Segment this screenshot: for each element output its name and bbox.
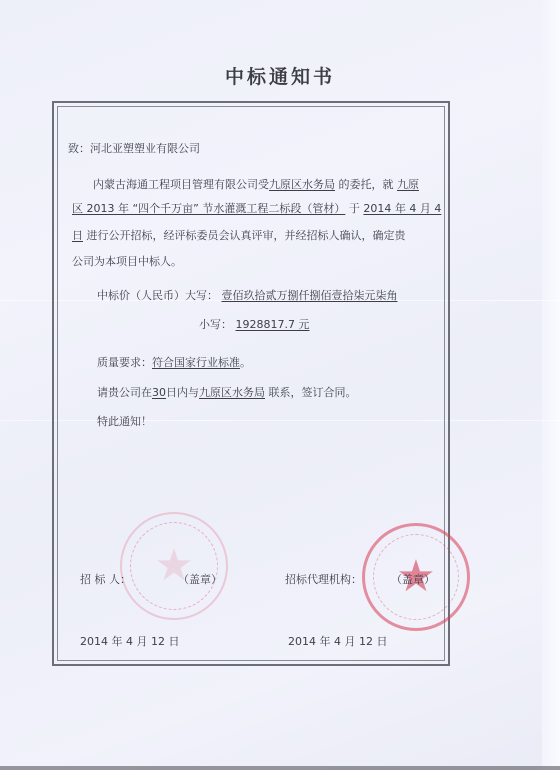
addressee-line: 致：河北亚塑塑业有限公司 xyxy=(68,140,200,156)
closing-text: 特此通知！ xyxy=(97,415,152,428)
price-lower-value: 1928817.7 元 xyxy=(236,318,310,331)
price-upper-line: 中标价（人民币）大写： 壹佰玖拾贰万捌仟捌佰壹拾柒元柒角 xyxy=(97,287,398,303)
price-lower-line: 小写： 1928817.7 元 xyxy=(199,316,309,332)
body-text: 公司为本项目中标人。 xyxy=(72,255,182,268)
addressee-label: 致： xyxy=(68,142,90,155)
contact-party: 九原区水务局 xyxy=(199,386,265,399)
agency-date-text: 2014 年 4 月 12 日 xyxy=(288,635,387,648)
tenderer-label: 招 标 人： xyxy=(80,573,131,586)
tenderer-date: 2014 年 4 月 12 日 xyxy=(80,633,179,649)
agent-text: 内蒙古海通工程项目管理有限公司受 xyxy=(93,178,269,191)
contact-prefix: 请贵公司在 xyxy=(97,386,152,399)
bid-date-end: 日 xyxy=(72,229,83,242)
body-text: 进行公开招标，经评标委员会认真评审，并经招标人确认，确定贵 xyxy=(87,229,406,242)
body-text: 的委托，就 xyxy=(339,178,394,191)
agency-date: 2014 年 4 月 12 日 xyxy=(288,633,387,649)
project-name: 区 2013 年 “四个千万亩” 节水灌溉工程二标段（管材） xyxy=(72,202,345,215)
bid-date: 2014 年 4 月 4 xyxy=(363,202,441,215)
page-bottom-edge xyxy=(0,766,560,770)
star-icon: ★ xyxy=(122,514,226,618)
closing-line: 特此通知！ xyxy=(97,413,152,429)
contact-days: 30 xyxy=(152,386,166,399)
agency-signature: 招标代理机构： （盖章） xyxy=(285,571,435,587)
agency-label: 招标代理机构： xyxy=(285,573,362,586)
agency-seal-label: （盖章） xyxy=(391,573,435,586)
body-line-1: 内蒙古海通工程项目管理有限公司受九原区水务局 的委托，就 九原 xyxy=(93,176,419,192)
body-text: 于 xyxy=(349,202,360,215)
project-name-start: 九原 xyxy=(397,178,419,191)
body-line-3: 日 进行公开招标，经评标委员会认真评审，并经招标人确认，确定贵 xyxy=(72,227,406,243)
page-edge xyxy=(542,0,560,770)
quality-suffix: 。 xyxy=(240,356,251,369)
tenderer-signature: 招 标 人： （盖章） xyxy=(80,571,222,587)
client-name: 九原区水务局 xyxy=(269,178,335,191)
contact-line: 请贵公司在30日内与九原区水务局 联系，签订合同。 xyxy=(97,384,357,400)
contact-mid: 日内与 xyxy=(166,386,199,399)
addressee-name: 河北亚塑塑业有限公司 xyxy=(90,142,200,155)
contact-suffix: 联系，签订合同。 xyxy=(269,386,357,399)
document-title: 中标通知书 xyxy=(0,62,560,89)
tenderer-seal-stamp: ★ xyxy=(120,512,228,620)
price-lower-label: 小写： xyxy=(199,318,232,331)
price-upper-value: 壹佰玖拾贰万捌仟捌佰壹拾柒元柒角 xyxy=(222,289,398,302)
body-line-2: 区 2013 年 “四个千万亩” 节水灌溉工程二标段（管材） 于 2014 年 … xyxy=(72,200,441,216)
tenderer-seal-label: （盖章） xyxy=(178,573,222,586)
tenderer-date-text: 2014 年 4 月 12 日 xyxy=(80,635,179,648)
quality-line: 质量要求：符合国家行业标准。 xyxy=(97,354,251,370)
quality-label: 质量要求： xyxy=(97,356,152,369)
price-upper-label: 中标价（人民币）大写： xyxy=(97,289,218,302)
quality-value: 符合国家行业标准 xyxy=(152,356,240,369)
body-line-4: 公司为本项目中标人。 xyxy=(72,253,182,269)
